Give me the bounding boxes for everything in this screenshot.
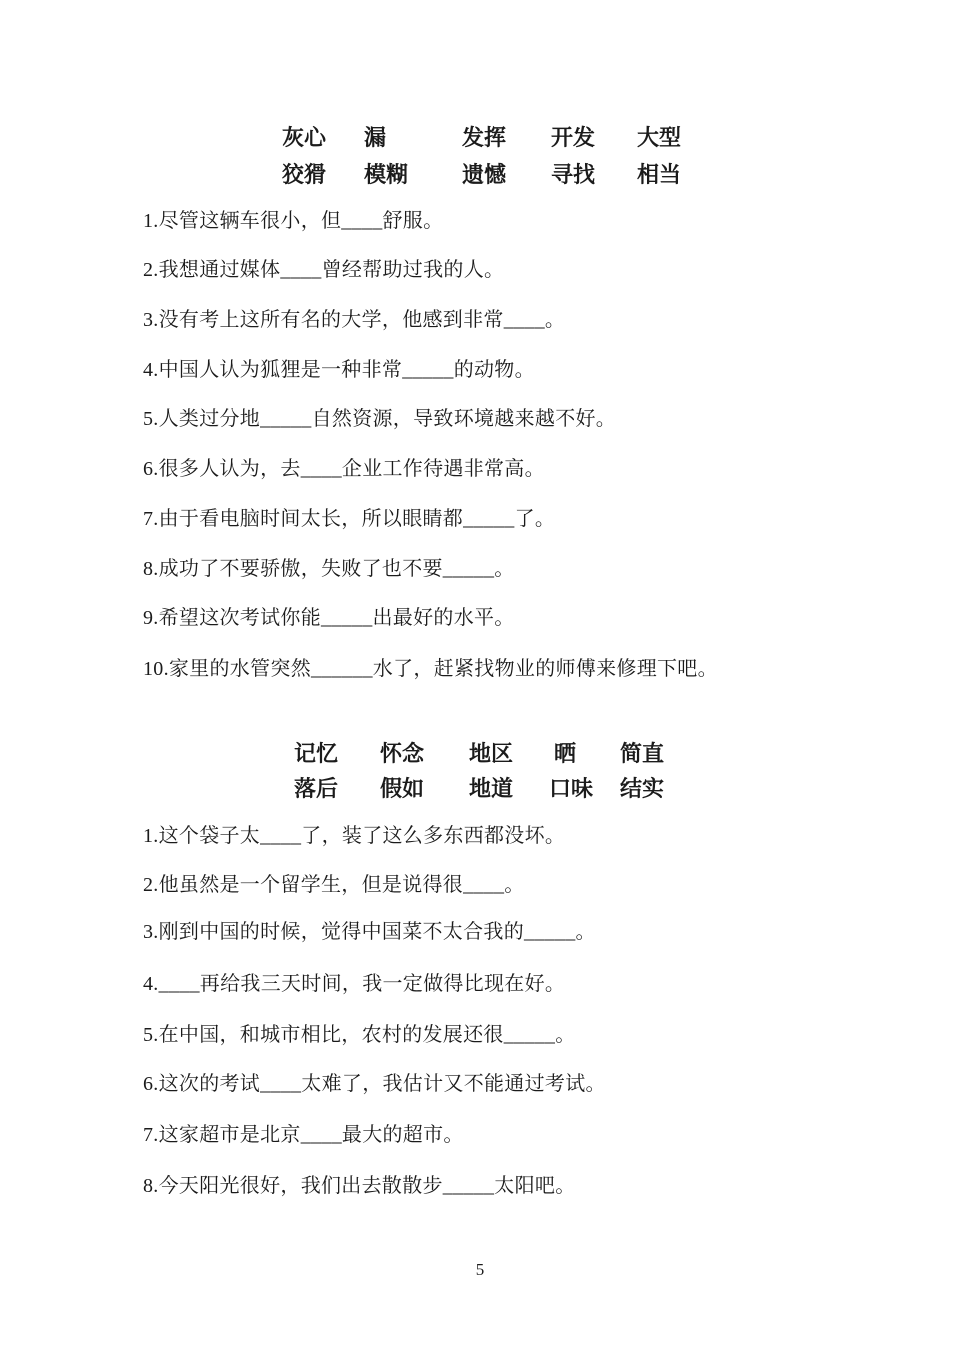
bank2-word: 地道 [469, 778, 513, 800]
sentence: 8.今天阳光很好，我们出去散散步_____太阳吧。 [143, 1176, 576, 1196]
bank2-word: 假如 [380, 778, 424, 800]
bank2-word: 怀念 [380, 743, 424, 765]
bank1-word: 相当 [637, 164, 681, 186]
bank2-word: 结实 [620, 778, 664, 800]
sentence: 7.这家超市是北京____最大的超市。 [143, 1125, 464, 1145]
sentence: 2.我想通过媒体____曾经帮助过我的人。 [143, 260, 504, 280]
sentence: 1.这个袋子太____了，装了这么多东西都没坏。 [143, 826, 565, 846]
sentence: 7.由于看电脑时间太长，所以眼睛都_____了。 [143, 509, 555, 529]
page-number: 5 [0, 1261, 960, 1278]
sentence: 5.在中国，和城市相比，农村的发展还很_____。 [143, 1025, 576, 1045]
bank1-word: 发挥 [462, 127, 506, 149]
bank1-word: 寻找 [551, 164, 595, 186]
sentence: 3.刚到中国的时候，觉得中国菜不太合我的_____。 [143, 922, 596, 942]
bank2-word: 记忆 [294, 743, 338, 765]
sentence: 4.中国人认为狐狸是一种非常_____的动物。 [143, 360, 535, 380]
sentence: 3.没有考上这所有名的大学，他感到非常____。 [143, 310, 565, 330]
sentence: 6.这次的考试____太难了，我估计又不能通过考试。 [143, 1074, 606, 1094]
bank1-word: 狡猾 [282, 164, 326, 186]
bank1-word: 漏 [364, 127, 386, 149]
sentence: 5.人类过分地_____自然资源，导致环境越来越不好。 [143, 409, 616, 429]
bank2-word: 简直 [620, 743, 664, 765]
bank2-word: 地区 [469, 743, 513, 765]
bank2-word: 落后 [294, 778, 338, 800]
bank1-word: 开发 [551, 127, 595, 149]
sentence: 2.他虽然是一个留学生，但是说得很____。 [143, 875, 525, 895]
sentence: 10.家里的水管突然______水了，赶紧找物业的师傅来修理下吧。 [143, 659, 718, 679]
sentence: 9.希望这次考试你能_____出最好的水平。 [143, 608, 515, 628]
bank2-word: 口味 [549, 778, 593, 800]
bank1-word: 灰心 [282, 127, 326, 149]
bank2-word: 晒 [554, 743, 576, 765]
bank1-word: 大型 [637, 127, 681, 149]
sentence: 8.成功了不要骄傲，失败了也不要_____。 [143, 559, 515, 579]
sentence: 6.很多人认为，去____企业工作待遇非常高。 [143, 459, 545, 479]
sentence: 1.尽管这辆车很小，但____舒服。 [143, 211, 443, 231]
worksheet-page: 灰心 漏 发挥 开发 大型 狡猾 模糊 遗憾 寻找 相当 1.尽管这辆车很小，但… [0, 0, 960, 1357]
sentence: 4.____再给我三天时间，我一定做得比现在好。 [143, 974, 565, 994]
bank1-word: 模糊 [364, 164, 408, 186]
bank1-word: 遗憾 [462, 164, 506, 186]
